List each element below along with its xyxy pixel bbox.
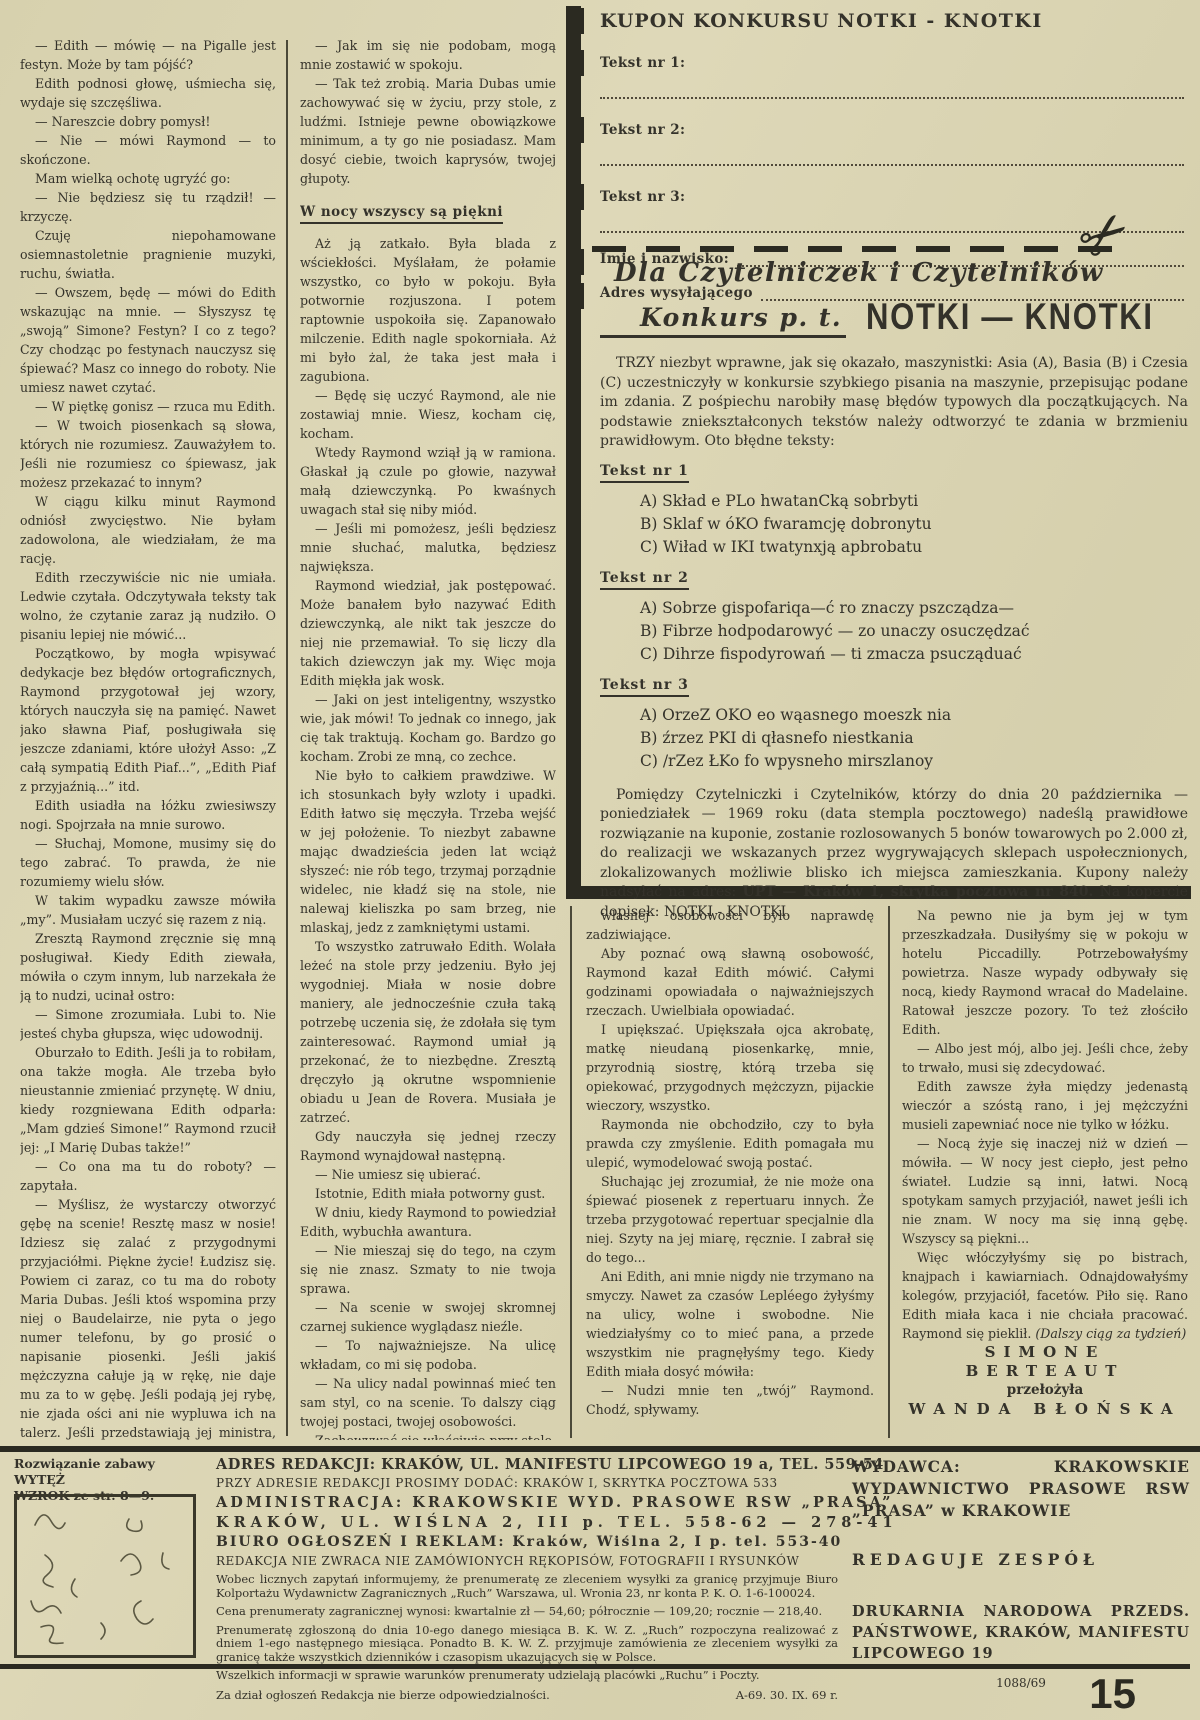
paragraph: Raymond wiedział, jak postępować. Może b… [300,576,556,690]
paragraph: — Nie umiesz się ubierać. [300,1165,556,1184]
paragraph: Ani Edith, ani mnie nigdy nie trzymano n… [586,1267,874,1381]
paragraph: Edith zawsze żyła między jedenastą wiecz… [902,1077,1188,1134]
paragraph: — Jeśli mi pomożesz, jeśli będziesz mnie… [300,519,556,576]
paragraph: Mam wielką ochotę ugryźć go: [20,169,276,188]
paragraph: W ciągu kilku minut Raymond odniósł zwyc… [20,492,276,568]
coupon-field-label: Tekst nr 2: [600,122,685,138]
paragraph: Edith podnosi głowę, uśmiecha się, wydaj… [20,74,276,112]
paragraph: — Będę się uczyć Raymond, ale nie zostaw… [300,386,556,443]
paragraph: — Słuchaj, Momone, musimy się do tego za… [20,834,276,891]
paragraph: W dniu, kiedy Raymond to powiedział Edit… [300,1203,556,1241]
column-divider [286,40,288,1436]
section-heading: W nocy wszyscy są piękni [300,202,556,222]
cut-line [592,246,1128,252]
publisher-block: WYDAWCA: KRAKOWSKIE WYDAWNICTWO PRASOWE … [852,1456,1190,1690]
paragraph: — Nocą żyje się inaczej niż w dzień — mó… [902,1134,1188,1248]
footer-last-line: Za dział ogłoszeń Redakcja nie bierze od… [216,1688,838,1702]
paragraph: — Nareszcie dobry pomysł! [20,112,276,131]
tekst-item: B) Sklaf w óKO fwaramcję dobronytu [600,513,1188,536]
paragraph: — W twoich piosenkach są słowa, których … [20,416,276,492]
paragraph: — Nie — mówi Raymond — to skończone. [20,131,276,169]
publisher-line: WYDAWCA: KRAKOWSKIE WYDAWNICTWO PRASOWE … [852,1456,1190,1522]
magazine-page: — Edith — mówię — na Pigalle jest festyn… [0,0,1200,1720]
footer-top-rule [0,1446,1200,1452]
paragraph: W takim wypadku zawsze mówiła „my”. Musi… [20,891,276,929]
paragraph: — Co ona ma tu do roboty? — zapytała. [20,1157,276,1195]
coupon-field-label: Tekst nr 1: [600,55,685,71]
paragraph: Zachowywać się właściwie przy stole, nau… [300,1431,556,1440]
contest-script-heading: Dla Czytelniczek i Czytelników [614,258,1188,288]
contest-closing: Pomiędzy Czytelniczki i Czytelników, któ… [600,786,1188,923]
article-column-2: — Jak im się nie podobam, mogą mnie zost… [300,36,556,1440]
column-2-intro: — Jak im się nie podobam, mogą mnie zost… [300,36,556,188]
tekst-items: A) Skład e PLo hwatanCką sobrbytiB) Skla… [600,490,1188,559]
column-2-body: Aż ją zatkało. Była blada z wściekłości.… [300,234,556,1440]
tekst-group-3: Tekst nr 3 A) OrzeZ OKO eo wąasnego moes… [600,666,1188,773]
contest-section: Dla Czytelniczek i Czytelników Konkurs p… [600,258,1188,922]
paragraph: Aby poznać ową sławną osobowość, Raymond… [586,944,874,1020]
address-line: ADRES REDAKCJI: KRAKÓW, UL. MANIFESTU LI… [216,1456,838,1473]
closing-address: UPT — Kraków 1, skrytka pocztowa nr 840. [743,884,1094,900]
tekst-label: Tekst nr 1 [600,463,689,483]
paragraph: Zresztą Raymond zręcznie się mną posługi… [20,929,276,1005]
tekst-item: C) Wiład w IKI twatynxją apbrobatu [600,536,1188,559]
subscription-paragraph: Wszelkich informacji w sprawie warunków … [216,1669,838,1683]
coupon-title-normal: KUPON KONKURSU [600,10,830,32]
paragraph: Słuchając jej zrozumiał, że nie może ona… [586,1172,874,1267]
paragraph: Istotnie, Edith miała potworny gust. [300,1184,556,1203]
closing-text: Pomiędzy Czytelniczki i Czytelników, któ… [600,787,1188,901]
article-column-4: Na pewno nie ja bym jej w tym przeszkadz… [902,906,1188,1442]
signature-role: przełożyła [902,1381,1188,1400]
paragraph: Wtedy Raymond wziął ją w ramiona. Głaska… [300,443,556,519]
column-4-body: Na pewno nie ja bym jej w tym przeszkadz… [902,906,1188,1248]
tekst-label: Tekst nr 3 [600,677,689,697]
paragraph: — Nudzi mnie ten „twój” Raymond. Chodź, … [586,1381,874,1419]
paragraph: — Simone zrozumiała. Lubi to. Nie jesteś… [20,1005,276,1043]
paragraph: — Tak też zrobią. Maria Dubas umie zacho… [300,74,556,188]
paragraph: Edith usiadła na łóżku zwiesiwszy nogi. … [20,796,276,834]
paragraph: — Myślisz, że wystarczy otworzyć gębę na… [20,1195,276,1440]
tekst-group-2: Tekst nr 2 A) Sobrze gispofariqa—ć ro zn… [600,559,1188,666]
paragraph: Nie było to całkiem prawdziwe. W ich sto… [300,766,556,937]
answer-line[interactable] [600,162,1184,166]
tekst-item: A) OrzeZ OKO eo wąasnego moeszk nia [600,704,1188,727]
contest-title: NOTKI — KNOTKI [866,296,1154,338]
column-divider [570,906,572,1438]
paragraph: To wszystko zatruwało Edith. Wolała leże… [300,937,556,1127]
paragraph: Oburzało to Edith. Jeśli ja to robiłam, … [20,1043,276,1157]
subscription-paragraph: Cena prenumeraty zagranicznej wynosi: kw… [216,1605,838,1619]
paragraph: — Na ulicy nadal powinnaś mieć ten sam s… [300,1374,556,1431]
signature-author: SIMONE BERTEAUT [902,1343,1188,1381]
contest-script-subheading: Konkurs p. t. [600,303,846,338]
paragraph: — Edith — mówię — na Pigalle jest festyn… [20,36,276,74]
paragraph: I upiększać. Upiększała ojca akrobatę, m… [586,1020,874,1115]
puzzle-note-line1: Rozwiązanie zabawy WYTĘŻ [14,1456,206,1488]
footer-bottom-rule [0,1664,1190,1669]
paragraph: Na pewno nie ja bym jej w tym przeszkadz… [902,906,1188,1039]
subscription-paragraph: Prenumeratę zgłoszoną do dnia 10-ego dan… [216,1624,838,1665]
coupon-field-label: Tekst nr 3: [600,189,685,205]
editor-line: REDAGUJE ZESPÓŁ [852,1550,1190,1569]
sign-off-code: A-69. 30. IX. 69 r. [736,1688,838,1702]
paragraph: Edith rzeczywiście nic nie umiała. Ledwi… [20,568,276,644]
paragraph: Raymonda nie obchodziło, czy to była pra… [586,1115,874,1172]
address-line: ADMINISTRACJA: KRAKOWSKIE WYD. PRASOWE R… [216,1494,838,1511]
paragraph: Gdy nauczyła się jednej rzeczy Raymond w… [300,1127,556,1165]
page-number: 15 [1089,1670,1136,1718]
subscription-paragraph: Wobec licznych zapytań informujemy, że p… [216,1573,838,1600]
address-line: KRAKÓW, UL. WIŚLNA 2, III p. TEL. 558-62… [216,1514,838,1531]
tekst-item: C) /rZez ŁKo fo wpysneho mirszlanoy [600,750,1188,773]
paragraph: Początkowo, by mogła wpisywać dedykacje … [20,644,276,796]
printer-line: DRUKARNIA NARODOWA PRZEDS. PAŃSTWOWE, KR… [852,1601,1190,1664]
paragraph: — To najważniejsze. Na ulicę wkładam, co… [300,1336,556,1374]
paragraph: — Jak im się nie podobam, mogą mnie zost… [300,36,556,74]
paragraph: — Nie będziesz się tu rządził! — krzyczę… [20,188,276,226]
paragraph: — Jaki on jest inteligentny, wszystko wi… [300,690,556,766]
answer-line[interactable] [600,95,1184,99]
column-divider [888,906,890,1438]
paragraph: własnej osobowości było naprawdę zadziwi… [586,906,874,944]
article-column-1: — Edith — mówię — na Pigalle jest festyn… [20,36,276,1440]
paragraph: — Na scenie w swojej skromnej czarnej su… [300,1298,556,1336]
paragraph: — Nie mieszaj się do tego, na czym się n… [300,1241,556,1298]
paragraph: — W piętkę gonisz — rzuca mu Edith. [20,397,276,416]
to-be-continued-note: (Dalszy ciąg za tydzień) [1035,1326,1186,1341]
tekst-label: Tekst nr 2 [600,570,689,590]
disclaimer-text: Za dział ogłoszeń Redakcja nie bierze od… [216,1688,550,1702]
address-line: BIURO OGŁOSZEŃ I REKLAM: Kraków, Wiślna … [216,1534,838,1550]
puzzle-solution-box [14,1494,196,1658]
address-line: REDAKCJA NIE ZWRACA NIE ZAMÓWIONYCH RĘKO… [216,1554,838,1568]
paragraph: Aż ją zatkało. Była blada z wściekłości.… [300,234,556,386]
doodle-drawing [17,1497,187,1649]
issue-code: 1088/69 [852,1676,1190,1690]
paragraph: Więc włóczyłyśmy się po bistrach, knajpa… [902,1248,1188,1343]
address-line: PRZY ADRESIE REDAKCJI PROSIMY DODAĆ: KRA… [216,1476,838,1490]
paragraph: — Owszem, będę — mówi do Edith wskazując… [20,283,276,397]
tekst-item: C) Dihrze fispodyrowań — ti zmacza psucz… [600,643,1188,666]
contest-intro: TRZY niezbyt wprawne, jak się okazało, m… [600,354,1188,452]
paragraph: — Albo jest mój, albo jej. Jeśli chce, ż… [902,1039,1188,1077]
tekst-item: A) Skład e PLo hwatanCką sobrbyti [600,490,1188,513]
tekst-group-1: Tekst nr 1 A) Skład e PLo hwatanCką sobr… [600,452,1188,559]
signature-translator: WANDA BŁOŃSKA [902,1400,1188,1419]
section-heading-text: W nocy wszyscy są piękni [300,204,503,224]
contest-title-row: Konkurs p. t. NOTKI — KNOTKI [600,296,1188,338]
coupon-title: KUPON KONKURSU NOTKI - KNOTKI [600,10,1184,32]
tekst-item: A) Sobrze gispofariqa—ć ro znaczy pszczą… [600,597,1188,620]
coupon-title-bold: NOTKI - KNOTKI [837,10,1043,32]
tekst-item: B) Fibrze hodpodarowyć — zo unaczy osucz… [600,620,1188,643]
tekst-item: B) źrzez PKI di qłasnefo niestkania [600,727,1188,750]
coupon-field-text1: Tekst nr 1: [600,52,1184,71]
coupon-field-text2: Tekst nr 2: [600,119,1184,138]
paragraph: Czuję niepohamowane osiemnastoletnie pra… [20,226,276,283]
article-column-3: własnej osobowości było naprawdę zadziwi… [586,906,874,1442]
tekst-items: A) OrzeZ OKO eo wąasnego moeszk niaB) źr… [600,704,1188,773]
tekst-items: A) Sobrze gispofariqa—ć ro znaczy pszczą… [600,597,1188,666]
